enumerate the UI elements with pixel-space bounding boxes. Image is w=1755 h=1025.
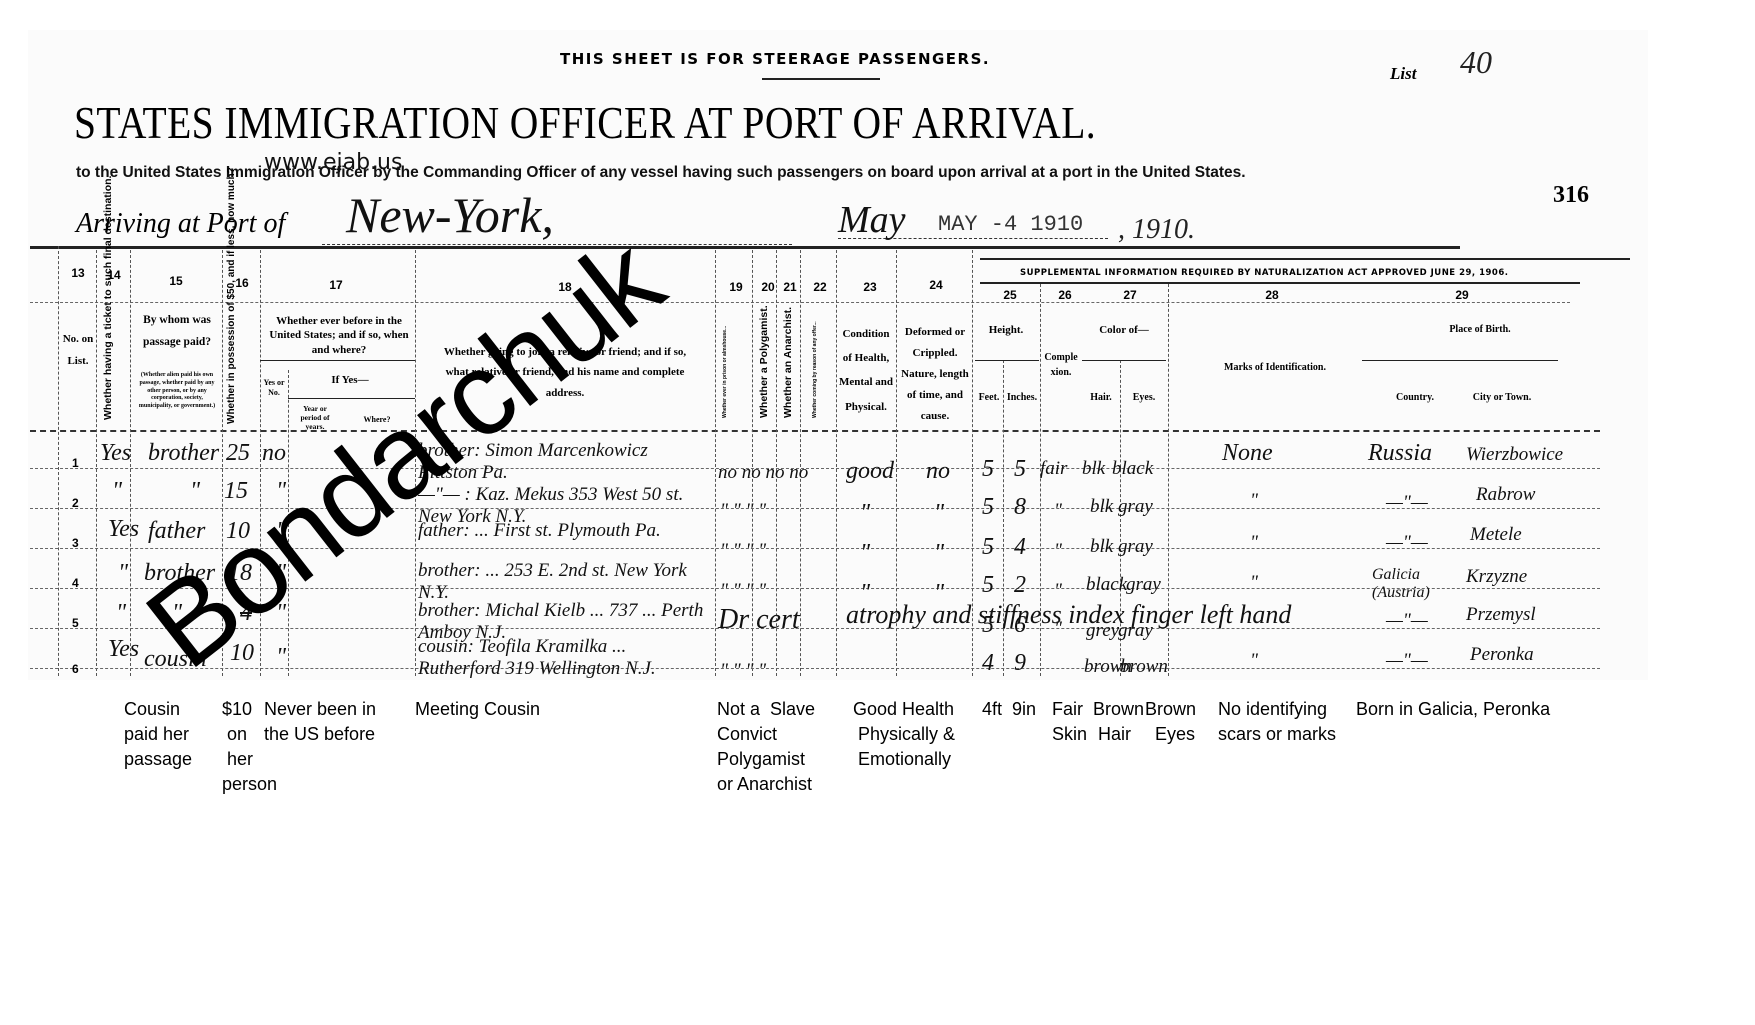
hair-value: blk (1090, 496, 1113, 518)
watermark-url: www.ejab.us (264, 150, 402, 175)
status-values: " " " " (720, 580, 766, 602)
complexion-value: " (1054, 500, 1062, 522)
complexion-value: " (1054, 580, 1062, 602)
header-eyes: Eyes. (1122, 390, 1166, 406)
country-value: Galicia (Austria) (1372, 566, 1452, 602)
header-passage-paid: By whom was passage paid? (136, 310, 218, 354)
before-us-value: " (276, 644, 286, 671)
annotation-status: Not a Slave Convict Polygamist or Anarch… (717, 697, 815, 797)
steerage-notice: THIS SHEET IS FOR STEERAGE PASSENGERS. (560, 50, 990, 68)
eyes-value: brown (1120, 656, 1168, 678)
complexion-value: " (1054, 540, 1062, 562)
marks-value: " (1250, 532, 1258, 554)
col-26: 26 (1055, 288, 1075, 302)
health-value: good (846, 458, 894, 485)
header-ticket: Whether having a ticket to such final de… (102, 300, 114, 420)
paid-by-value: " (190, 478, 200, 505)
header-deformed: Deformed or Crippled. Nature, length of … (898, 322, 972, 426)
city-value: Metele (1470, 524, 1522, 546)
annotation-height: 4ft 9in (982, 697, 1036, 722)
header-anarchist: Whether an Anarchist. (782, 308, 794, 418)
col-28: 28 (1262, 288, 1282, 302)
header-city: City or Town. (1462, 390, 1542, 406)
marks-value: " (1250, 490, 1258, 512)
col-25: 25 (1000, 288, 1020, 302)
health-value: " (860, 500, 870, 527)
row-number: 6 (72, 662, 79, 676)
city-value: Peronka (1470, 644, 1534, 666)
city-value: Rabrow (1476, 484, 1535, 506)
ticket-value: " (118, 560, 128, 587)
col-29: 29 (1452, 288, 1472, 302)
header-rule (1082, 360, 1166, 361)
deformed-value: " (934, 500, 944, 527)
feet-value: 5 (982, 612, 994, 639)
status-values: " " " " (720, 500, 766, 522)
annotation-eyes: Brown Eyes (1145, 697, 1196, 747)
country-value: —"— (1386, 532, 1428, 554)
col-divider (715, 250, 716, 676)
eyes-value: gray (1118, 536, 1153, 558)
header-country: Country. (1380, 390, 1450, 406)
hair-value: grey (1086, 620, 1119, 642)
eyes-value: gray (1118, 620, 1153, 642)
row-number: 1 (72, 456, 79, 470)
row-divider (30, 668, 1600, 669)
arrival-month-handwritten: May (838, 198, 906, 242)
feet-value: 5 (982, 572, 994, 599)
arrival-year: , 1910. (1118, 214, 1195, 246)
col-17: 17 (326, 278, 346, 292)
header-height: Height. (976, 322, 1036, 340)
row-number: 4 (72, 576, 79, 590)
arrival-date-stamp: MAY -4 1910 (938, 212, 1083, 237)
row-number: 3 (72, 536, 79, 550)
document-title: STATES IMMIGRATION OFFICER AT PORT OF AR… (74, 96, 1096, 149)
col-22: 22 (810, 280, 830, 294)
feet-value: 4 (982, 650, 994, 677)
annotation-relative: Meeting Cousin (415, 697, 540, 722)
col-divider (96, 250, 97, 676)
complexion-value: fair (1040, 458, 1067, 480)
supplemental-bottom-rule (980, 282, 1580, 284)
annotation-marks: No identifying scars or marks (1218, 697, 1336, 747)
col-20: 20 (758, 280, 778, 294)
header-place-of-birth: Place of Birth. (1410, 322, 1550, 338)
deformed-value: no (926, 458, 950, 485)
city-value: Wierzbowice (1466, 444, 1563, 466)
header-polygamist: Whether a Polygamist. (758, 318, 770, 418)
col-23: 23 (860, 280, 880, 294)
header-inches: Inches. (1004, 390, 1040, 406)
header-feet: Feet. (974, 390, 1004, 406)
feet-value: 5 (982, 456, 994, 483)
col-24: 24 (926, 278, 946, 292)
header-bottom-rule (30, 430, 1600, 432)
city-value: Krzyzne (1466, 566, 1527, 588)
header-rule (1362, 360, 1558, 361)
annotation-paid-by: Cousin paid her passage (124, 697, 192, 772)
list-label: List (1390, 64, 1416, 84)
relative-value: brother: ... 253 E. 2nd st. New York N.Y… (418, 560, 708, 604)
header-offer: Whether coming by reason of any offer... (812, 308, 818, 418)
status-values: " " " " (720, 660, 766, 682)
header-rule (260, 360, 415, 361)
annotation-birth: Born in Galicia, Peronka (1356, 697, 1550, 722)
port-of-arrival: New-York, (346, 186, 554, 244)
col-27: 27 (1120, 288, 1140, 302)
row-divider (30, 468, 1600, 469)
inches-value: 5 (1014, 456, 1026, 483)
list-number: 40 (1460, 44, 1492, 81)
money-value: 25 (226, 440, 250, 467)
annotation-complexion: Fair Skin (1052, 697, 1087, 747)
col-divider (836, 250, 837, 676)
port-line (322, 244, 792, 245)
header-yes-or-no: Yes or No. (262, 378, 286, 397)
complexion-value: " (1054, 618, 1062, 640)
supplemental-banner: SUPPLEMENTAL INFORMATION REQUIRED BY NAT… (1020, 268, 1508, 278)
inches-value: 2 (1014, 572, 1026, 599)
inches-value: 6 (1014, 612, 1026, 639)
feet-value: 5 (982, 494, 994, 521)
eyes-value: black (1112, 458, 1153, 480)
col-divider (58, 246, 59, 676)
col-21: 21 (780, 280, 800, 294)
table-top-rule (30, 246, 1460, 249)
country-value: —"— (1386, 650, 1428, 672)
col-13: 13 (68, 266, 88, 280)
marks-value: None (1222, 440, 1273, 467)
hair-value: blk (1082, 458, 1105, 480)
relative-value: cousin: Teofila Kramilka ... Rutherford … (418, 636, 708, 680)
deformed-value: " (934, 540, 944, 567)
col-19: 19 (726, 280, 746, 294)
row-number: 5 (72, 616, 79, 630)
header-prison: Whether ever in prison or almshouse... (722, 308, 728, 418)
header-hair: Hair. (1082, 390, 1120, 406)
city-value: Przemysl (1466, 604, 1536, 626)
health-value: atrophy and stiffness index finger left … (846, 600, 1291, 630)
header-health: Condition of Health, Mental and Physical… (838, 322, 894, 419)
eyes-value: gray (1118, 496, 1153, 518)
header-color-of: Color of— (1082, 322, 1166, 340)
country-value: —"— (1386, 610, 1428, 632)
country-value: Russia (1368, 440, 1432, 467)
ticket-value: " (116, 600, 126, 627)
status-values: " " " " (720, 540, 766, 562)
status-values: no no no no (718, 462, 808, 484)
inches-value: 4 (1014, 534, 1026, 561)
annotation-hair: Brown Hair (1093, 697, 1144, 747)
relative-value: father: ... First st. Plymouth Pa. (418, 520, 708, 542)
before-us-value: no (262, 440, 286, 467)
ticket-value: Yes (108, 636, 139, 663)
col-15: 15 (166, 274, 186, 288)
header-no-on-list: No. on List. (62, 328, 94, 372)
header-rule (975, 360, 1039, 361)
document-subtitle: to the United States Immigration Officer… (76, 164, 1246, 182)
inches-value: 9 (1014, 650, 1026, 677)
hair-value: blk (1090, 536, 1113, 558)
header-complexion: Complexion. (1042, 350, 1080, 380)
supplemental-top-rule (980, 258, 1630, 260)
country-value: —"— (1386, 492, 1428, 514)
ticket-value: Yes (100, 440, 131, 467)
inches-value: 8 (1014, 494, 1026, 521)
health-value: " (860, 540, 870, 567)
annotation-health: Good Health Physically & Emotionally (853, 697, 955, 772)
marks-value: " (1250, 572, 1258, 594)
header-before-us: Whether ever before in the United States… (266, 314, 412, 357)
paid-by-value: brother (148, 440, 219, 467)
title-rule (762, 78, 880, 80)
ticket-value: " (112, 478, 122, 505)
feet-value: 5 (982, 534, 994, 561)
ticket-value: Yes (108, 516, 139, 543)
marks-value: " (1250, 650, 1258, 672)
hair-value: black (1086, 574, 1127, 596)
status-values: Dr cert (718, 604, 800, 636)
stamp-number: 316 (1553, 182, 1589, 209)
row-number: 2 (72, 496, 79, 510)
header-marks: Marks of Identification. (1200, 360, 1350, 376)
header-money: Whether in possession of $50, and if les… (226, 298, 237, 424)
annotation-before-us: Never been in the US before (264, 697, 376, 747)
eyes-value: gray (1126, 574, 1161, 596)
header-passage-note: (Whether alien paid his own passage, whe… (136, 372, 218, 411)
